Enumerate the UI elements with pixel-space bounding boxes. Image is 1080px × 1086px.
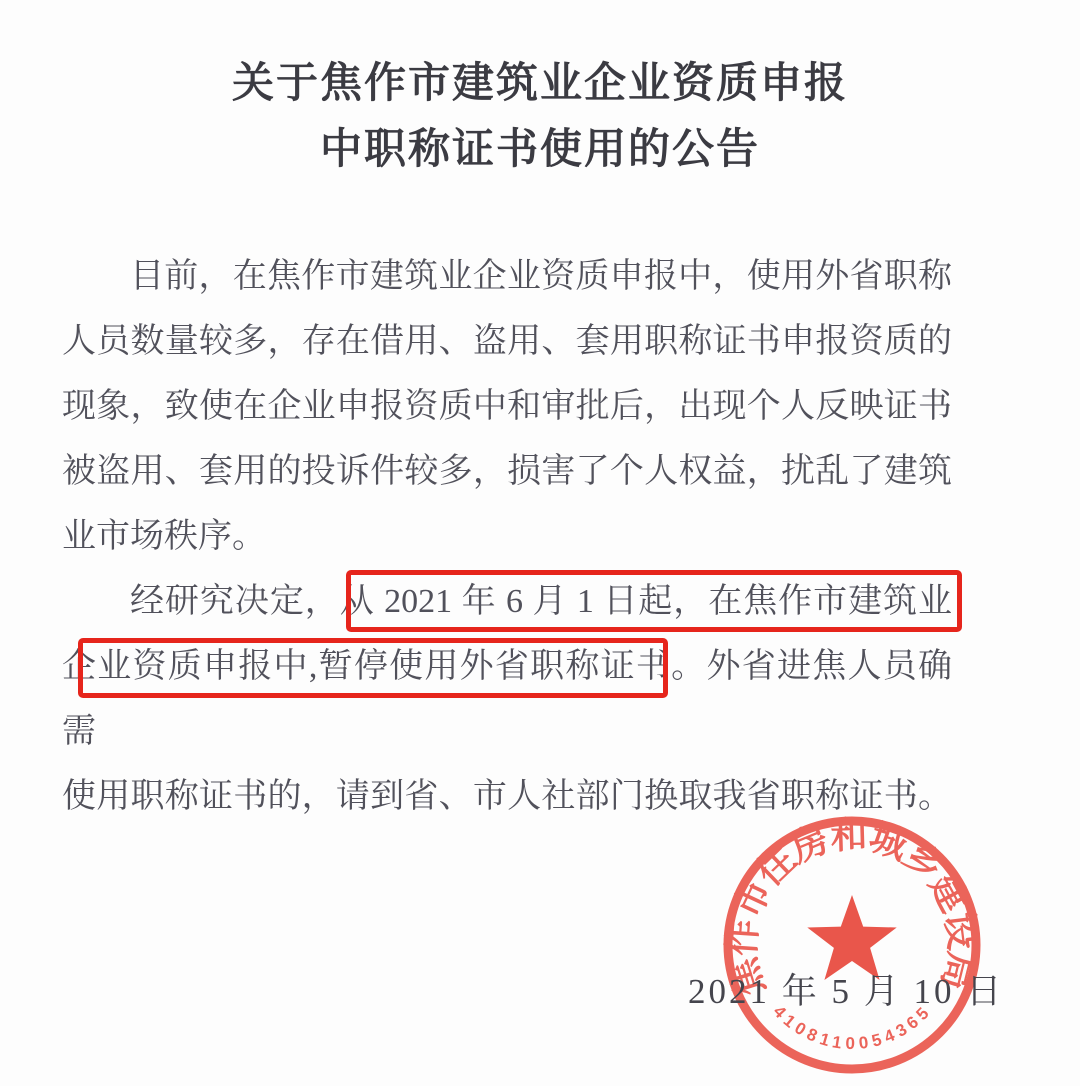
body-line: 目前，在焦作市建筑业企业资质申报中，使用外省职称 xyxy=(62,244,952,309)
announcement-page: 关于焦作市建筑业企业资质申报 中职称证书使用的公告 目前，在焦作市建筑业企业资质… xyxy=(0,0,1080,1086)
official-seal: 焦作市住房和城乡建设局 4108110054365 xyxy=(707,800,997,1086)
body-line: 现象，致使在企业申报资质中和审批后，出现个人反映证书 xyxy=(62,374,952,439)
announcement-body: 目前，在焦作市建筑业企业资质申报中，使用外省职称 人员数量较多，存在借用、盗用、… xyxy=(62,244,952,829)
body-line: 被盗用、套用的投诉件较多，损害了个人权益，扰乱了建筑 xyxy=(62,439,952,504)
page-title: 关于焦作市建筑业企业资质申报 中职称证书使用的公告 xyxy=(0,50,1080,182)
highlight-box-1 xyxy=(346,570,962,632)
body-line: 人员数量较多，存在借用、盗用、套用职称证书申报资质的 xyxy=(62,309,952,374)
date-text: 2021 年 5 月 10 日 xyxy=(688,964,1004,1014)
highlight-box-2 xyxy=(78,638,668,698)
title-line-1: 关于焦作市建筑业企业资质申报 xyxy=(0,50,1080,116)
body-line: 业市场秩序。 xyxy=(62,504,952,569)
title-line-2: 中职称证书使用的公告 xyxy=(0,116,1080,182)
